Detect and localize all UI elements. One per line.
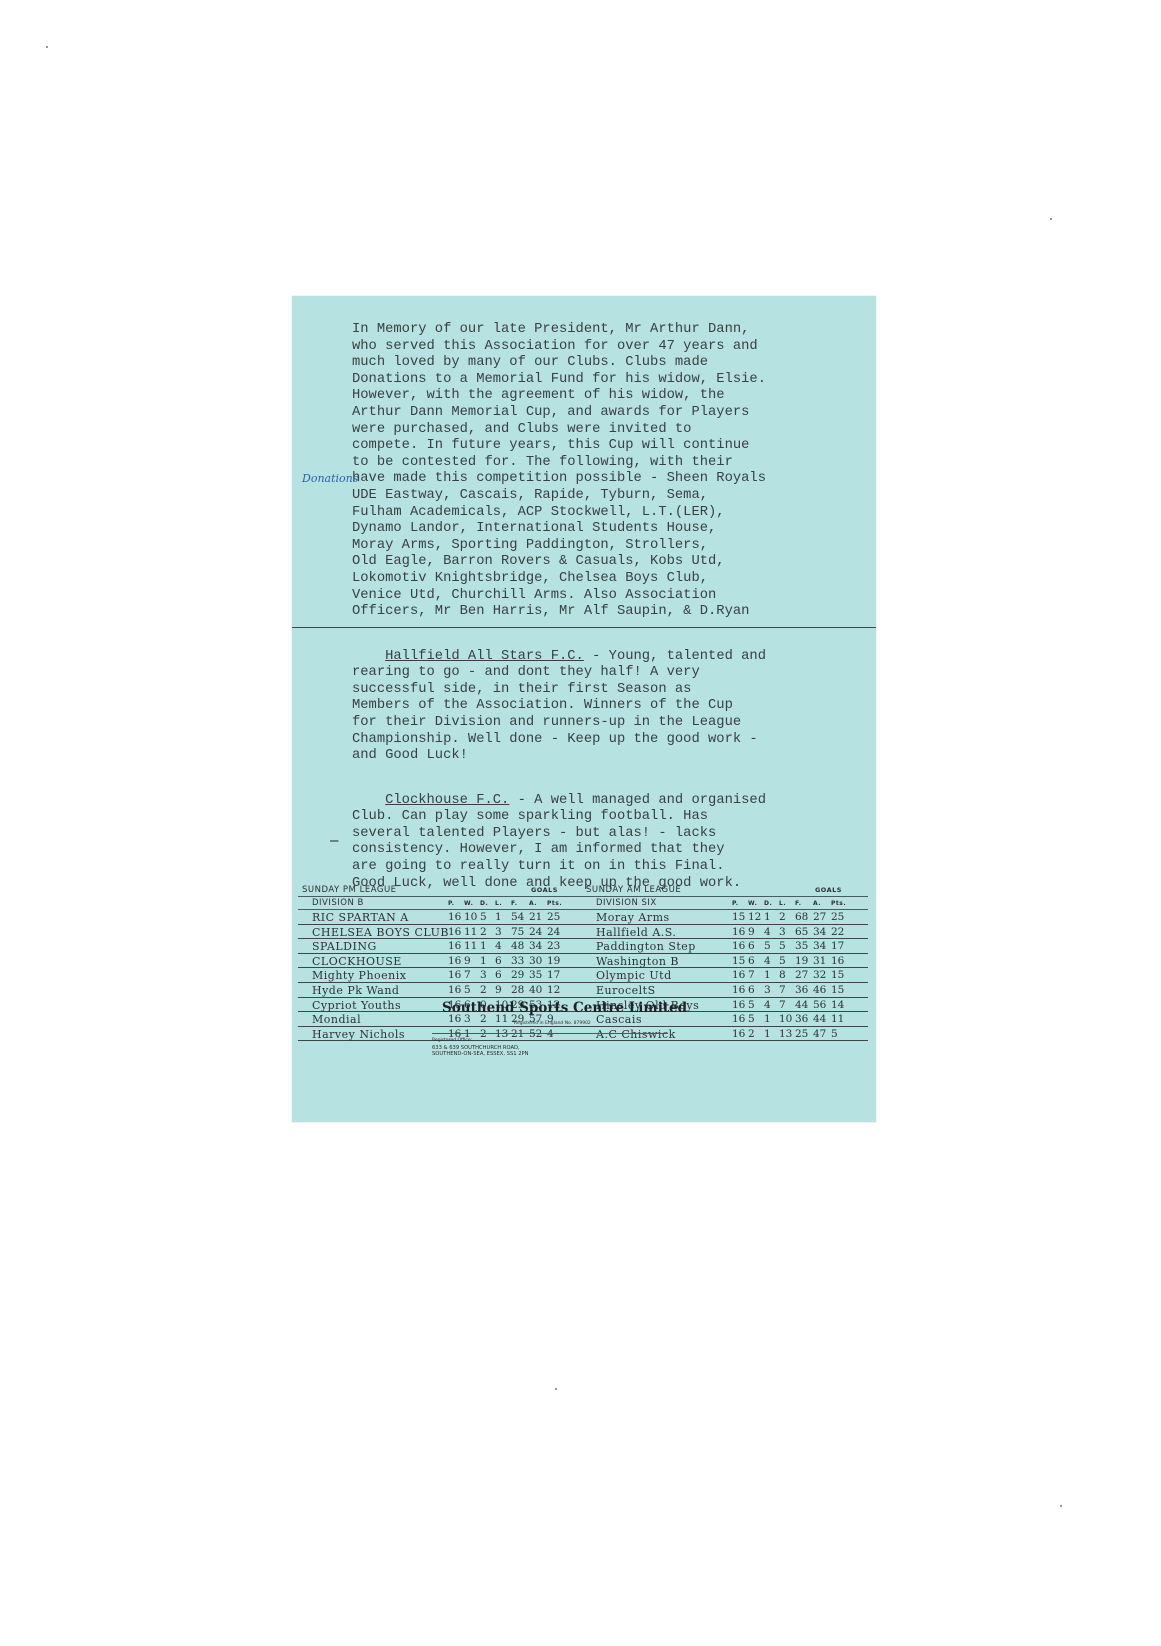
stat-a: 34 bbox=[529, 940, 542, 952]
stat-pts: 25 bbox=[831, 911, 844, 923]
stat-p: 16 bbox=[732, 969, 745, 981]
stat-pts: 5 bbox=[831, 1028, 838, 1040]
division-header: DIVISION SIXP.W.D.L.F.A.Pts. bbox=[582, 897, 868, 910]
stat-a: 34 bbox=[813, 926, 826, 938]
stat-d: 1 bbox=[764, 911, 771, 923]
stat-a: 34 bbox=[813, 940, 826, 952]
stat-d: 5 bbox=[480, 911, 487, 923]
stat-l: 1 bbox=[495, 911, 502, 923]
division-name: DIVISION SIX bbox=[596, 898, 657, 908]
stat-l: 6 bbox=[495, 969, 502, 981]
registration-number: Registered in England No. 879902 bbox=[514, 1021, 591, 1026]
table-row: Hyde Pk Wand16529284012 bbox=[298, 983, 584, 998]
column-header: L. bbox=[495, 900, 502, 907]
team-name: A.C Chiswick bbox=[596, 1028, 676, 1041]
stat-p: 15 bbox=[732, 911, 745, 923]
stat-pts: 16 bbox=[831, 955, 844, 967]
team-name: EuroceltS bbox=[596, 984, 656, 997]
column-header: F. bbox=[795, 900, 802, 907]
stat-pts: 15 bbox=[831, 984, 844, 996]
stat-f: 29 bbox=[511, 969, 524, 981]
stat-w: 12 bbox=[748, 911, 761, 923]
stat-l: 4 bbox=[495, 940, 502, 952]
stat-d: 5 bbox=[764, 940, 771, 952]
goals-label: GOALS bbox=[815, 886, 842, 894]
table-row: Mighty Phoenix16736293517 bbox=[298, 968, 584, 983]
team-name: Washington B bbox=[596, 955, 679, 968]
stat-w: 9 bbox=[464, 955, 471, 967]
stat-d: 4 bbox=[764, 999, 771, 1011]
stat-a: 44 bbox=[813, 1013, 826, 1025]
column-header: Pts. bbox=[547, 900, 562, 907]
stat-a: 47 bbox=[813, 1028, 826, 1040]
team-name: Olympic Utd bbox=[596, 969, 672, 982]
stat-d: 1 bbox=[764, 1013, 771, 1025]
stat-p: 16 bbox=[448, 926, 461, 938]
stat-p: 16 bbox=[732, 984, 745, 996]
stat-pts: 22 bbox=[831, 926, 844, 938]
stat-f: 65 bbox=[795, 926, 808, 938]
column-header: W. bbox=[464, 900, 473, 907]
stat-pts: 17 bbox=[831, 940, 844, 952]
stat-w: 5 bbox=[748, 999, 755, 1011]
division-header: DIVISION BP.W.D.L.F.A.Pts. bbox=[298, 897, 584, 910]
address-rule bbox=[432, 1033, 668, 1034]
hallfield-title: Hallfield All Stars F.C. bbox=[385, 649, 584, 664]
stat-d: 1 bbox=[764, 969, 771, 981]
stat-f: 68 bbox=[795, 911, 808, 923]
stat-f: 75 bbox=[511, 926, 524, 938]
stat-a: 40 bbox=[529, 984, 542, 996]
stat-w: 6 bbox=[748, 955, 755, 967]
table-row: EuroceltS16637364615 bbox=[582, 983, 868, 998]
stat-pts: 17 bbox=[547, 969, 560, 981]
stat-l: 13 bbox=[779, 1028, 792, 1040]
stat-f: 27 bbox=[795, 969, 808, 981]
stat-f: 48 bbox=[511, 940, 524, 952]
stat-f: 19 bbox=[795, 955, 808, 967]
stat-l: 2 bbox=[779, 911, 786, 923]
stat-l: 3 bbox=[495, 926, 502, 938]
stat-w: 5 bbox=[464, 984, 471, 996]
stat-a: 35 bbox=[529, 969, 542, 981]
sunday-am-league-table: SUNDAY AM LEAGUEGOALSDIVISION SIXP.W.D.L… bbox=[582, 884, 868, 1041]
stat-f: 36 bbox=[795, 1013, 808, 1025]
table-row: SPALDING161114483423 bbox=[298, 939, 584, 954]
league-header: SUNDAY PM LEAGUEGOALS bbox=[298, 884, 584, 897]
stat-f: 36 bbox=[795, 984, 808, 996]
section-divider bbox=[292, 627, 876, 628]
stat-a: 46 bbox=[813, 984, 826, 996]
stat-w: 11 bbox=[464, 940, 477, 952]
stat-p: 16 bbox=[448, 940, 461, 952]
stat-w: 7 bbox=[464, 969, 471, 981]
stat-l: 5 bbox=[779, 955, 786, 967]
division-name: DIVISION B bbox=[312, 898, 364, 908]
stat-a: 24 bbox=[529, 926, 542, 938]
column-header: F. bbox=[511, 900, 518, 907]
stat-pts: 19 bbox=[547, 955, 560, 967]
stat-pts: 12 bbox=[547, 984, 560, 996]
stat-p: 16 bbox=[448, 955, 461, 967]
stat-p: 16 bbox=[732, 940, 745, 952]
column-header: D. bbox=[480, 900, 488, 907]
column-header: P. bbox=[732, 900, 739, 907]
team-name: Cypriot Youths bbox=[312, 999, 401, 1012]
column-header: W. bbox=[748, 900, 757, 907]
table-row: Olympic Utd16718273215 bbox=[582, 968, 868, 983]
stat-a: 56 bbox=[813, 999, 826, 1011]
stat-w: 2 bbox=[748, 1028, 755, 1040]
table-row: CHELSEA BOYS CLUB161123752424 bbox=[298, 925, 584, 940]
stat-a: 21 bbox=[529, 911, 542, 923]
table-row: Paddington Step16655353417 bbox=[582, 939, 868, 954]
stat-a: 27 bbox=[813, 911, 826, 923]
stat-pts: 25 bbox=[547, 911, 560, 923]
column-header: A. bbox=[529, 900, 537, 907]
stat-d: 4 bbox=[764, 926, 771, 938]
stat-a: 32 bbox=[813, 969, 826, 981]
team-name: Paddington Step bbox=[596, 940, 696, 953]
stat-pts: 15 bbox=[831, 969, 844, 981]
stat-l: 3 bbox=[779, 926, 786, 938]
clockhouse-title: Clockhouse F.C. bbox=[385, 793, 509, 808]
stat-d: 2 bbox=[480, 926, 487, 938]
stat-p: 16 bbox=[732, 1013, 745, 1025]
stat-w: 6 bbox=[748, 984, 755, 996]
column-header: P. bbox=[448, 900, 455, 907]
stat-pts: 11 bbox=[831, 1013, 844, 1025]
stat-l: 6 bbox=[495, 955, 502, 967]
stat-f: 25 bbox=[795, 1028, 808, 1040]
stat-pts: 24 bbox=[547, 926, 560, 938]
table-row: Moray Arms151212682725 bbox=[582, 910, 868, 925]
address-line-2: SOUTHEND-ON-SEA, ESSEX, SS1 2PN bbox=[432, 1051, 529, 1058]
stat-pts: 23 bbox=[547, 940, 560, 952]
table-row: Washington B15645193116 bbox=[582, 954, 868, 969]
stat-p: 16 bbox=[448, 911, 461, 923]
goals-label: GOALS bbox=[531, 886, 558, 894]
margin-dash-mark: — bbox=[330, 833, 338, 849]
stat-d: 1 bbox=[480, 940, 487, 952]
stat-l: 10 bbox=[779, 1013, 792, 1025]
column-header: L. bbox=[779, 900, 786, 907]
stat-w: 5 bbox=[748, 1013, 755, 1025]
programme-page: In Memory of our late President, Mr Arth… bbox=[292, 296, 876, 1122]
stat-l: 9 bbox=[495, 984, 502, 996]
stat-pts: 14 bbox=[831, 999, 844, 1011]
team-name: Hallfield A.S. bbox=[596, 926, 676, 939]
sunday-pm-league-table: SUNDAY PM LEAGUEGOALSDIVISION BP.W.D.L.F… bbox=[298, 884, 584, 1041]
stat-l: 5 bbox=[779, 940, 786, 952]
stat-f: 35 bbox=[795, 940, 808, 952]
team-name: Mighty Phoenix bbox=[312, 969, 406, 982]
stat-l: 7 bbox=[779, 984, 786, 996]
team-name: CHELSEA BOYS CLUB bbox=[312, 926, 449, 939]
stat-p: 16 bbox=[732, 926, 745, 938]
team-name: Harvey Nichols bbox=[312, 1028, 405, 1041]
stat-d: 3 bbox=[764, 984, 771, 996]
stat-d: 1 bbox=[480, 955, 487, 967]
registered-address: Registered Office: 633 & 639 SOUTHCHURCH… bbox=[432, 1038, 529, 1058]
team-name: RIC SPARTAN A bbox=[312, 911, 409, 924]
column-header: A. bbox=[813, 900, 821, 907]
table-row: Hallfield A.S.16943653422 bbox=[582, 925, 868, 940]
stat-f: 28 bbox=[511, 984, 524, 996]
stat-a: 30 bbox=[529, 955, 542, 967]
stat-p: 16 bbox=[732, 1028, 745, 1040]
stat-w: 9 bbox=[748, 926, 755, 938]
table-row: A.C Chiswick16211325475 bbox=[582, 1027, 868, 1042]
stat-l: 8 bbox=[779, 969, 786, 981]
stat-d: 4 bbox=[764, 955, 771, 967]
hallfield-paragraph: Hallfield All Stars F.C. - Young, talent… bbox=[352, 632, 872, 781]
stat-w: 11 bbox=[464, 926, 477, 938]
paper-speck bbox=[1060, 1505, 1062, 1507]
team-name: Hyde Pk Wand bbox=[312, 984, 399, 997]
stat-p: 16 bbox=[732, 999, 745, 1011]
team-name: Moray Arms bbox=[596, 911, 670, 924]
stat-p: 16 bbox=[448, 969, 461, 981]
stat-d: 1 bbox=[764, 1028, 771, 1040]
stat-w: 6 bbox=[748, 940, 755, 952]
handwritten-margin-note: Donations bbox=[302, 472, 358, 485]
stat-p: 16 bbox=[448, 984, 461, 996]
team-name: Mondial bbox=[312, 1013, 361, 1026]
stat-f: 44 bbox=[795, 999, 808, 1011]
sponsor-brand: Southend Sports Centre Limited bbox=[442, 1000, 687, 1016]
table-row: RIC SPARTAN A161051542125 bbox=[298, 910, 584, 925]
stat-l: 7 bbox=[779, 999, 786, 1011]
stat-d: 2 bbox=[480, 984, 487, 996]
column-header: Pts. bbox=[831, 900, 846, 907]
table-row: CLOCKHOUSE16916333019 bbox=[298, 954, 584, 969]
stat-w: 10 bbox=[464, 911, 477, 923]
stat-w: 7 bbox=[748, 969, 755, 981]
stat-a: 31 bbox=[813, 955, 826, 967]
paper-speck bbox=[1050, 218, 1052, 220]
league-header: SUNDAY AM LEAGUEGOALS bbox=[582, 884, 868, 897]
league-name: SUNDAY AM LEAGUE bbox=[586, 885, 681, 895]
stat-p: 15 bbox=[732, 955, 745, 967]
paper-speck bbox=[46, 46, 48, 48]
paper-speck bbox=[555, 1388, 557, 1390]
stat-f: 54 bbox=[511, 911, 524, 923]
stat-d: 3 bbox=[480, 969, 487, 981]
memorial-paragraph: In Memory of our late President, Mr Arth… bbox=[352, 322, 872, 621]
league-name: SUNDAY PM LEAGUE bbox=[302, 885, 397, 895]
team-name: CLOCKHOUSE bbox=[312, 955, 402, 968]
team-name: SPALDING bbox=[312, 940, 377, 953]
stat-f: 33 bbox=[511, 955, 524, 967]
column-header: D. bbox=[764, 900, 772, 907]
